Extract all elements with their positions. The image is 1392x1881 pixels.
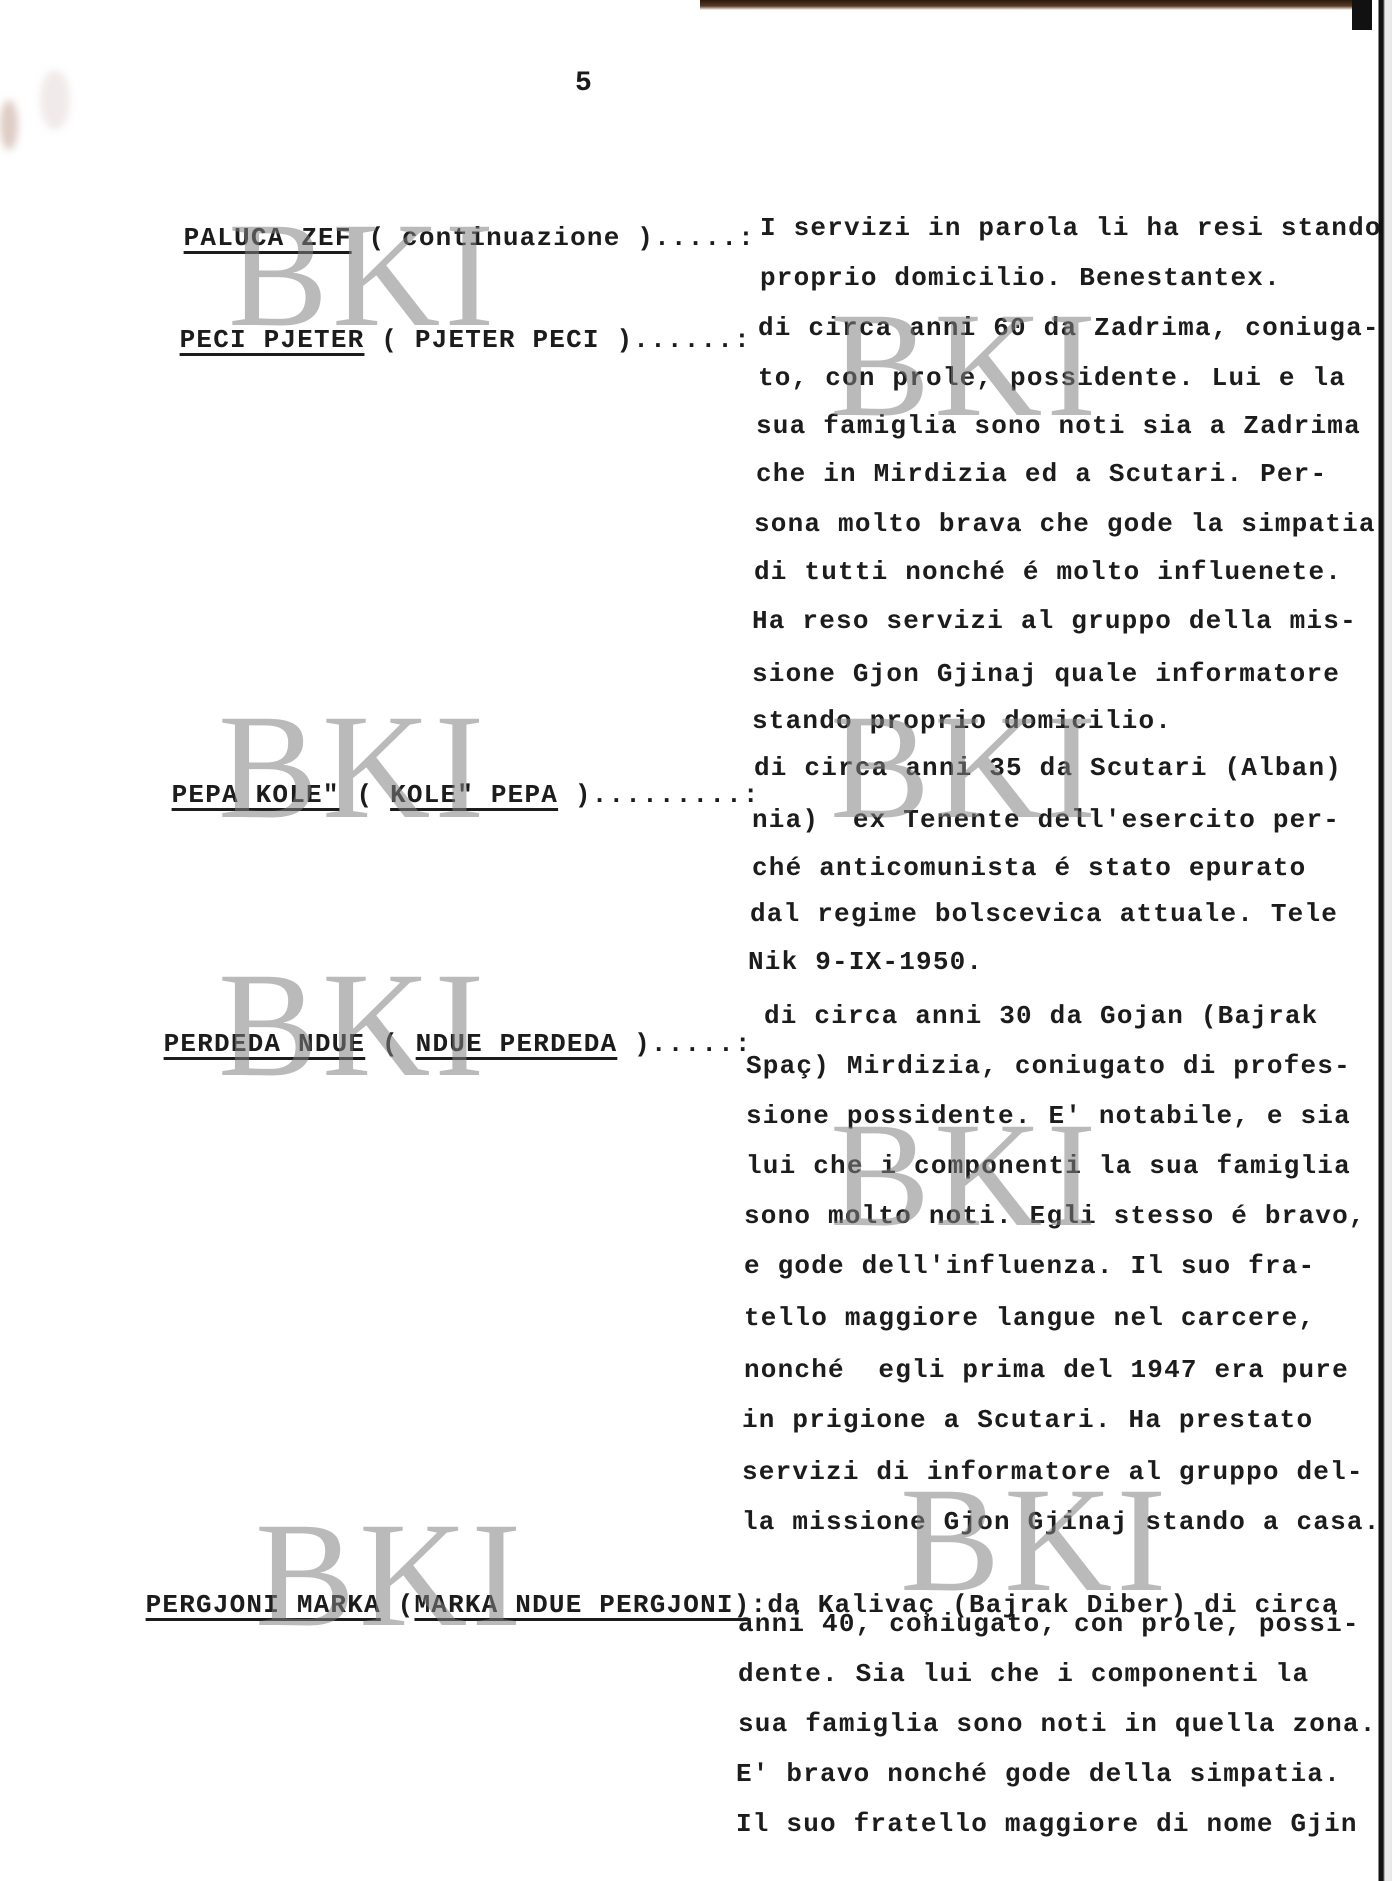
entry-text-line: la missione Gjon Gjinaj stando a casa. [742,1506,1381,1538]
entry-text-line: dal regime bolscevica attuale. Tele [750,898,1338,930]
entry-text-line: sua famiglia sono noti in quella zona. [738,1708,1377,1740]
scan-edge-top [700,0,1392,10]
page-number: 5 [575,68,592,99]
entry-text-line: E' bravo nonché gode della simpatia. [736,1758,1341,1790]
entry-heading: PEPA KOLE" ( KOLE" PEPA ).........: [138,747,760,811]
entry-text-line: in prigione a Scutari. Ha prestato [742,1404,1313,1436]
entry-text-line: lui che i componenti la sua famiglia [746,1150,1351,1182]
entry-text-line: sione Gjon Gjinaj quale informatore [752,658,1340,690]
entry-text-line: servizi di informatore al gruppo del- [742,1456,1364,1488]
entry-text-line: Il suo fratello maggiore di nome Gjin [736,1808,1358,1840]
entry-text-line: sua famiglia sono noti sia a Zadrima [756,410,1361,442]
entry-text-line: di tutti nonché é molto influenete. [754,556,1342,588]
entry-text-line: sona molto brava che gode la simpatia [754,508,1376,540]
paper-stain [0,100,18,150]
entry-name: PEPA KOLE" [172,780,340,810]
entry-leader: .....: [651,1029,752,1059]
entry-alias: ( KOLE" PEPA ) [340,780,592,810]
entry-text-line: stando proprio domicilio. [752,705,1172,737]
entry-text-line: Nik 9-IX-1950. [748,946,983,978]
entry-text-line: to, con prole, possidente. Lui e la [758,362,1346,394]
entry-text-line: sione possidente. E' notabile, e sia [746,1100,1351,1132]
entry-text-line: di circa anni 60 da Zadrima, coniuga- [758,312,1380,344]
paper-stain [40,70,70,130]
entry-text-line: sono molto noti. Egli stesso é bravo, [744,1200,1366,1232]
entry-heading: PECI PJETER ( PJETER PECI )......: [146,292,751,356]
scan-edge-right [1372,0,1392,1881]
entry-heading: PERDEDA NDUE ( NDUE PERDEDA ).....: [130,996,752,1060]
entry-leader: ......: [633,325,751,355]
entry-heading: PALUCA ZEF ( continuazione ).....: [150,190,755,254]
entry-name: PALUCA ZEF [184,223,352,253]
entry-text-line: Ha reso servizi al gruppo della mis- [752,605,1357,637]
scan-edge-corner [1352,0,1374,30]
entry-text-line: Spaç) Mirdizia, coniugato di profes- [746,1050,1351,1082]
entry-text-line: e gode dell'influenza. Il suo fra- [744,1250,1315,1282]
entry-text-line: tello maggiore langue nel carcere, [744,1302,1315,1334]
entry-alias: (MARKA NDUE PERGJONI) [381,1590,751,1620]
entry-text-line: proprio domicilio. Benestantex. [760,262,1281,294]
entry-leader: .....: [654,223,755,253]
entry-alias: ( NDUE PERDEDA ) [365,1029,651,1059]
entry-text-line: anni 40, coniugato, con prole, possi- [738,1608,1360,1640]
entry-text-line: I servizi in parola li ha resi stando [760,212,1382,244]
entry-text-line: dente. Sia lui che i componenti la [738,1658,1309,1690]
entry-name: PECI PJETER [180,325,365,355]
entry-text-line: nonché egli prima del 1947 era pure [744,1354,1349,1386]
entry-text-line: di circa anni 35 da Scutari (Alban) [754,752,1342,784]
entry-name: PERGJONI MARKA [146,1590,381,1620]
entry-leader: .........: [592,780,760,810]
entry-alias: ( continuazione ) [352,223,654,253]
entry-name: PERDEDA NDUE [164,1029,366,1059]
entry-text-line: nia) ex Tenente dell'esercito per- [752,804,1340,836]
entry-text-line: ché anticomunista é stato epurato [752,852,1306,884]
entry-text-line: che in Mirdizia ed a Scutari. Per- [756,458,1327,490]
entry-text-line: di circa anni 30 da Gojan (Bajrak [764,1000,1318,1032]
entry-alias: ( PJETER PECI ) [364,325,633,355]
